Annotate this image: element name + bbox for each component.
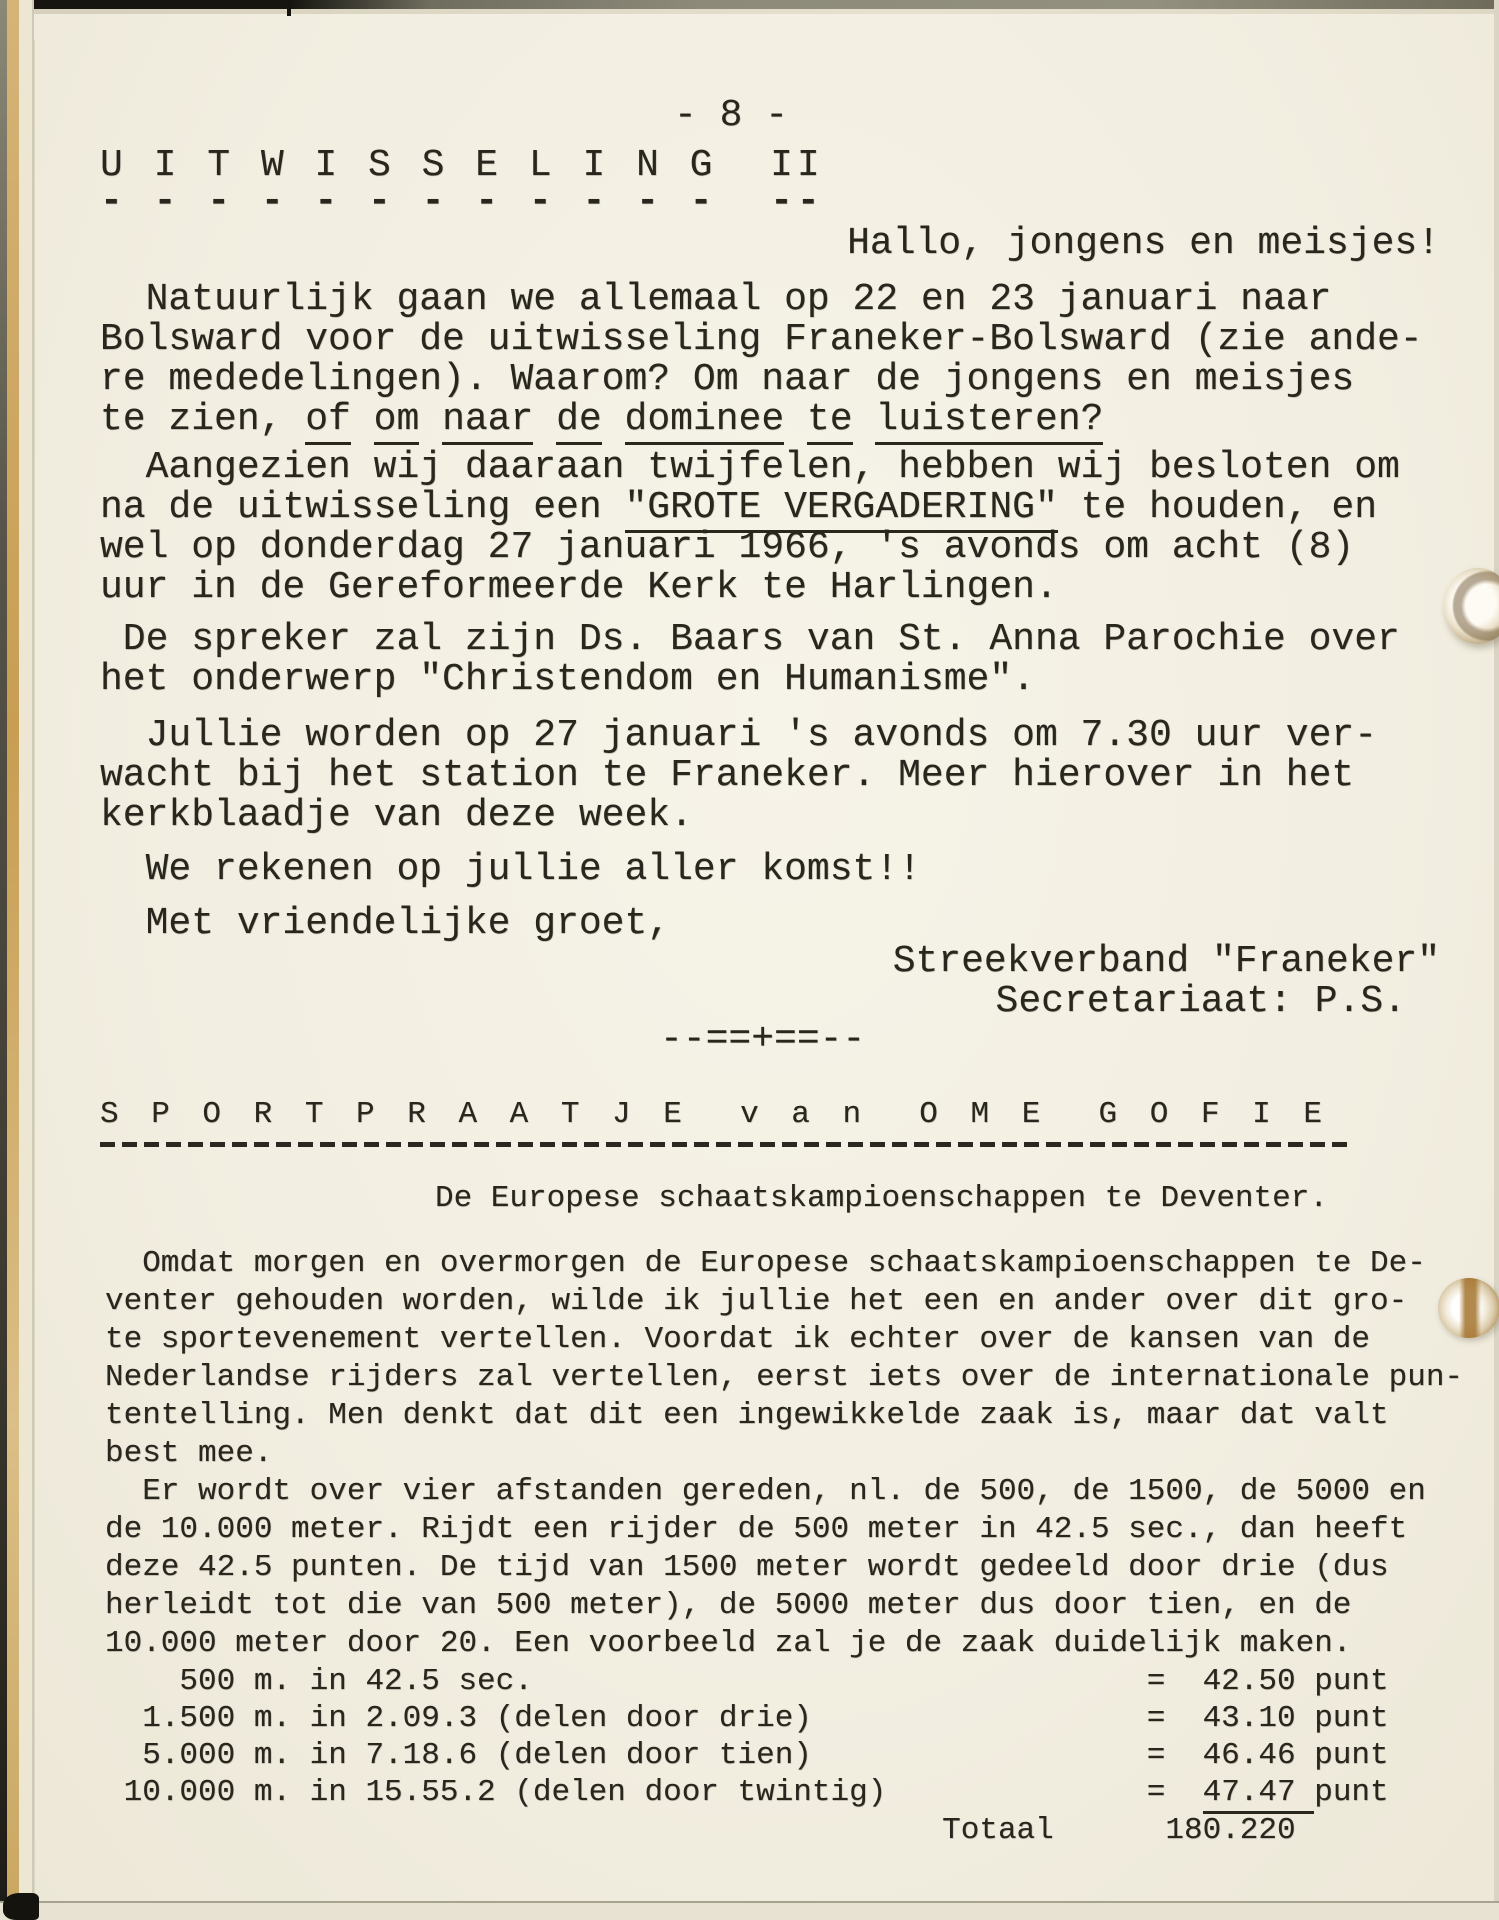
text-line: best mee.	[105, 1435, 1463, 1473]
text-line: Nederlandse rijders zal vertellen, eerst…	[105, 1359, 1463, 1397]
paragraph-verwacht: Jullie worden op 27 januari 's avonds om…	[100, 716, 1377, 836]
paragraph-spreker: De spreker zal zijn Ds. Baars van St. An…	[100, 620, 1400, 700]
text-line: herleidt tot die van 500 meter), de 5000…	[105, 1587, 1426, 1625]
scan-top-edge	[0, 0, 1499, 9]
scan-bottom-edge	[0, 1901, 1499, 1920]
signature-secretariat: Secretariaat: P.S.	[100, 982, 1406, 1022]
text-line: te sportevenement vertellen. Voordat ik …	[105, 1321, 1463, 1359]
scan-top-edge-shadow	[0, 9, 1499, 14]
underlined-text: naar	[442, 398, 533, 445]
table-total-row: Totaal 180.220	[105, 1812, 1296, 1850]
scan-top-tick-mark	[287, 0, 291, 16]
underlined-text: te	[807, 398, 853, 445]
text-line: 500 m. in 42.5 sec. = 42.50 punt	[105, 1663, 1389, 1700]
text-line: 10.000 meter door 20. Een voorbeeld zal …	[105, 1625, 1426, 1663]
scan-left-edge-page-stack	[19, 0, 34, 1920]
underlined-text: 47.47	[1203, 1775, 1315, 1814]
text-line: tentelling. Men denkt dat dit een ingewi…	[105, 1397, 1463, 1435]
section-title-underline-dashes: - - - - - - - - - - - - --	[100, 182, 824, 222]
scan-left-edge-tan-pages	[7, 0, 19, 1920]
text-line: Aangezien wij daaraan twijfelen, hebben …	[100, 448, 1400, 488]
text-line: 10.000 m. in 15.55.2 (delen door twintig…	[105, 1774, 1389, 1811]
greeting-text: Hallo, jongens en meisjes!	[100, 224, 1440, 264]
text-line: Bolsward voor de uitwisseling Franeker-B…	[100, 320, 1423, 360]
text-line: Natuurlijk gaan we allemaal op 22 en 23 …	[100, 280, 1423, 320]
text-line: te zien, of om naar de dominee te luiste…	[100, 400, 1423, 440]
scan-right-edge	[1494, 0, 1499, 1920]
typed-divider-ornament: --==+==--	[660, 1020, 865, 1060]
scan-bottom-left-corner-mark	[3, 1893, 39, 1920]
paragraph-omdat: Omdat morgen en overmorgen de Europese s…	[105, 1245, 1463, 1473]
text-line: 5.000 m. in 7.18.6 (delen door tien) = 4…	[105, 1737, 1389, 1774]
text-line: Jullie worden op 27 januari 's avonds om…	[100, 716, 1377, 756]
underlined-text: dominee	[625, 398, 785, 445]
underlined-text: om	[374, 398, 420, 445]
page-fold-line	[34, 40, 35, 1920]
text-line: kerkblaadje van deze week.	[100, 796, 1377, 836]
text-line: Er wordt over vier afstanden gereden, nl…	[105, 1473, 1426, 1511]
points-example-table: 500 m. in 42.5 sec. = 42.50 punt 1.500 m…	[105, 1663, 1389, 1811]
text-line: wel op donderdag 27 januari 1966, 's avo…	[100, 528, 1400, 568]
paragraph-vergadering: Aangezien wij daaraan twijfelen, hebben …	[100, 448, 1400, 608]
text-line: De spreker zal zijn Ds. Baars van St. An…	[100, 620, 1400, 660]
scanned-newsletter-page: - 8 - U I T W I S S E L I N G II - - - -…	[0, 0, 1499, 1920]
text-line: venter gehouden worden, wilde ik jullie …	[105, 1283, 1463, 1321]
text-line: Met vriendelijke groet,	[100, 904, 670, 944]
paragraph-komst: We rekenen op jullie aller komst!!	[100, 850, 921, 890]
text-line: Omdat morgen en overmorgen de Europese s…	[105, 1245, 1463, 1283]
text-line: na de uitwisseling een "GROTE VERGADERIN…	[100, 488, 1400, 528]
underlined-text: of	[305, 398, 351, 445]
text-line: de 10.000 meter. Rijdt een rijder de 500…	[105, 1511, 1426, 1549]
paragraph-groet: Met vriendelijke groet,	[100, 904, 670, 944]
section-title-dashed-rule	[100, 1142, 1348, 1147]
section-subtitle: De Europese schaatskampioenschappen te D…	[435, 1180, 1328, 1218]
text-line: 1.500 m. in 2.09.3 (delen door drie) = 4…	[105, 1700, 1389, 1737]
paragraph-intro: Natuurlijk gaan we allemaal op 22 en 23 …	[100, 280, 1423, 440]
paragraph-afstanden: Er wordt over vier afstanden gereden, nl…	[105, 1473, 1426, 1663]
signature-organisation: Streekverband "Franeker"	[100, 942, 1440, 982]
section-title-sportpraatje: S P O R T P R A A T J E v a n O M E G O …	[100, 1096, 1329, 1134]
underlined-text: de	[556, 398, 602, 445]
text-line: re mededelingen). Waarom? Om naar de jon…	[100, 360, 1423, 400]
text-line: deze 42.5 punten. De tijd van 1500 meter…	[105, 1549, 1426, 1587]
page-number: - 8 -	[674, 96, 788, 136]
text-line: het onderwerp "Christendom en Humanisme"…	[100, 660, 1400, 700]
text-line: wacht bij het station te Franeker. Meer …	[100, 756, 1377, 796]
binder-ring-icon	[1444, 568, 1499, 644]
text-line: We rekenen op jullie aller komst!!	[100, 850, 921, 890]
scan-left-edge-dark	[0, 0, 7, 1920]
text-line: uur in de Gereformeerde Kerk te Harlinge…	[100, 568, 1400, 608]
underlined-text: luisteren?	[875, 398, 1103, 445]
